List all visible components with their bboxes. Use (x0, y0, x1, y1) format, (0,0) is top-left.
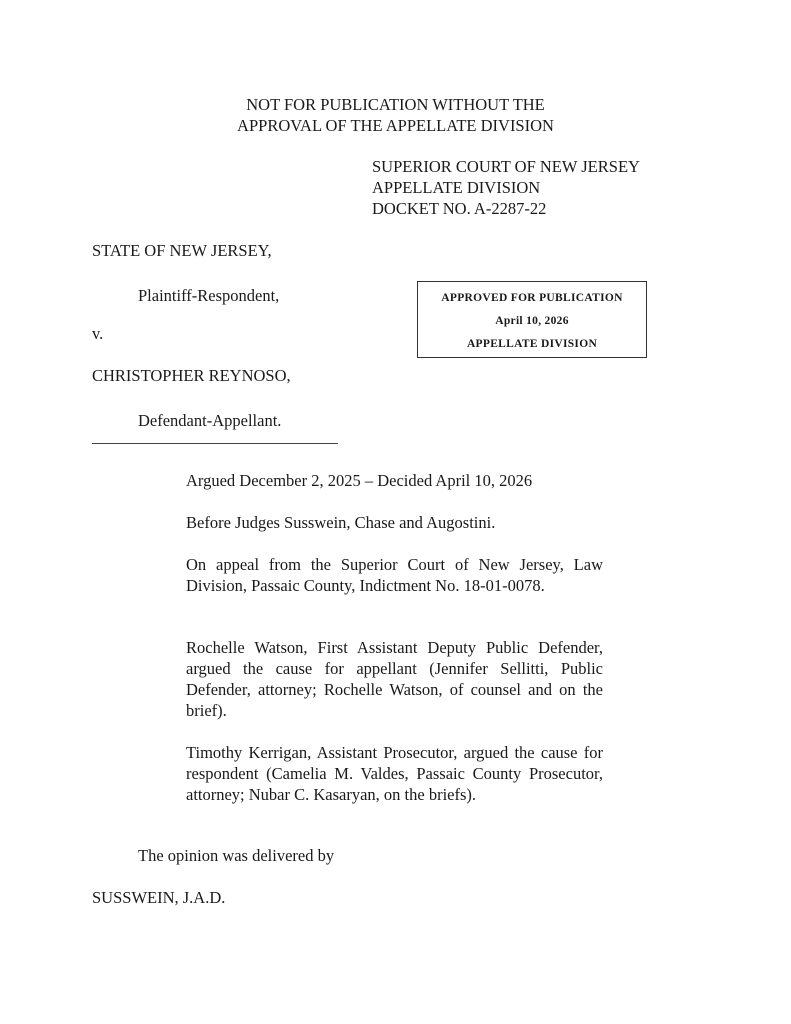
court-name: SUPERIOR COURT OF NEW JERSEY (372, 157, 640, 178)
panel-judges: Before Judges Susswein, Chase and Augost… (186, 512, 603, 533)
docket-number: DOCKET NO. A-2287-22 (372, 199, 640, 220)
plaintiff-role: Plaintiff-Respondent, (138, 286, 279, 306)
defendant-role: Defendant-Appellant. (138, 411, 281, 431)
appeal-origin: On appeal from the Superior Court of New… (186, 554, 603, 596)
approved-for-publication-stamp: APPROVED FOR PUBLICATION April 10, 2026 … (417, 281, 647, 358)
argued-decided-dates: Argued December 2, 2025 – Decided April … (186, 470, 603, 491)
notice-line-1: NOT FOR PUBLICATION WITHOUT THE (0, 95, 791, 116)
notice-line-2: APPROVAL OF THE APPELLATE DIVISION (0, 116, 791, 137)
court-division: APPELLATE DIVISION (372, 178, 640, 199)
court-info: SUPERIOR COURT OF NEW JERSEY APPELLATE D… (372, 157, 640, 220)
appellant-counsel: Rochelle Watson, First Assistant Deputy … (186, 637, 603, 721)
defendant-name: CHRISTOPHER REYNOSO, (92, 366, 291, 386)
respondent-counsel: Timothy Kerrigan, Assistant Prosecutor, … (186, 742, 603, 805)
opinion-delivered-by: The opinion was delivered by (138, 846, 334, 866)
stamp-division: APPELLATE DIVISION (418, 334, 646, 354)
caption-rule (92, 443, 338, 444)
plaintiff-name: STATE OF NEW JERSEY, (92, 241, 272, 261)
stamp-date: April 10, 2026 (418, 311, 646, 331)
publication-notice: NOT FOR PUBLICATION WITHOUT THE APPROVAL… (0, 95, 791, 137)
opinion-author: SUSSWEIN, J.A.D. (92, 888, 225, 908)
versus: v. (92, 324, 103, 344)
stamp-title: APPROVED FOR PUBLICATION (418, 288, 646, 308)
